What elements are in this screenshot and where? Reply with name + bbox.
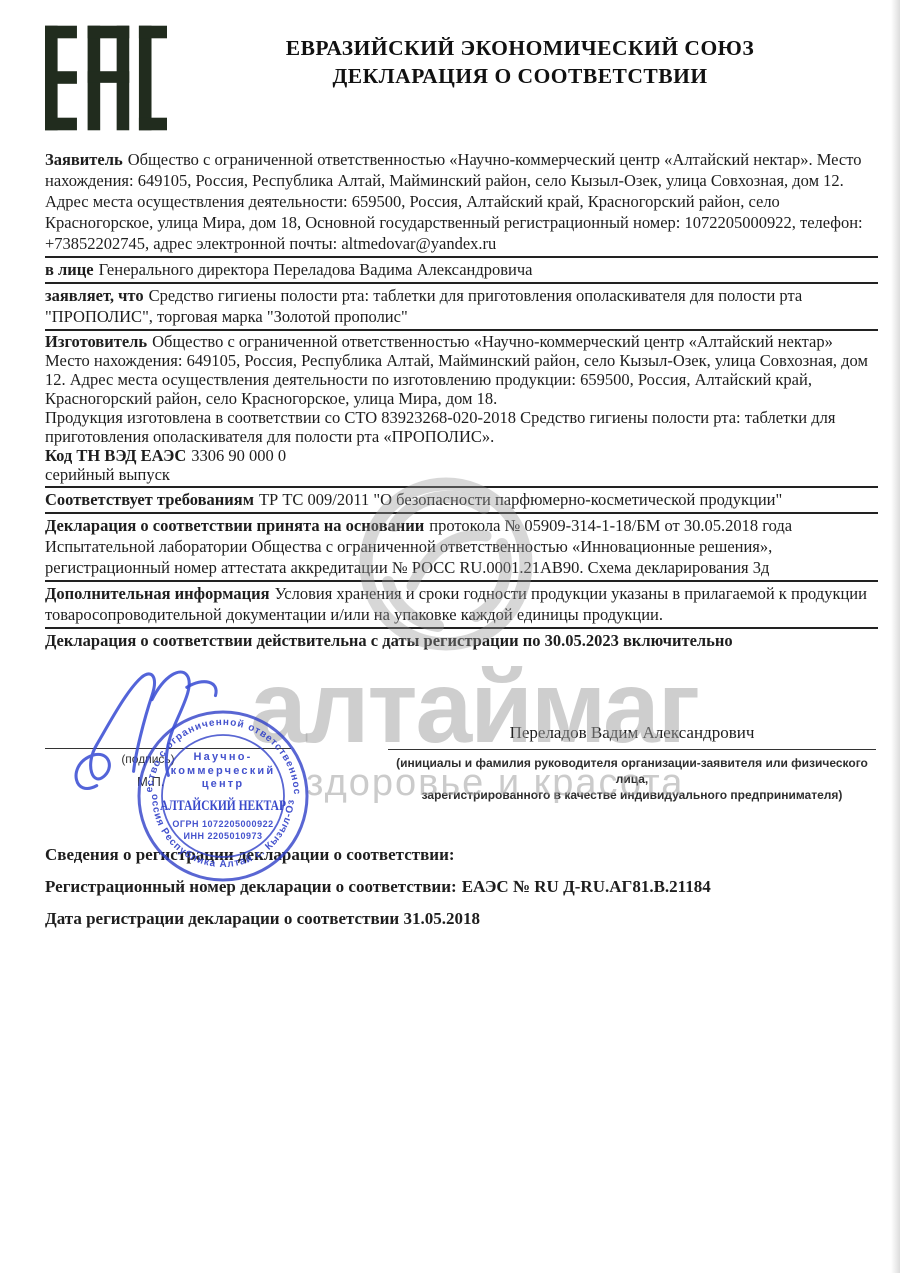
complies-label: Соответствует требованиям — [45, 490, 254, 509]
in-person-label: в лице — [45, 260, 94, 279]
applicant-label: Заявитель — [45, 150, 123, 169]
in-person-text: Генерального директора Переладова Вадима… — [99, 260, 533, 279]
eac-mark-icon — [45, 25, 167, 131]
manufacturer-label: Изготовитель — [45, 332, 147, 351]
section-in-person: в лицеГенерального директора Переладова … — [45, 259, 878, 280]
registration-date-line: Дата регистрации декларации о соответств… — [45, 909, 711, 929]
section-basis: Декларация о соответствии принята на осн… — [45, 515, 878, 578]
tnved-code-label: Код ТН ВЭД ЕАЭС — [45, 446, 186, 465]
signatory-name: Переладов Вадим Александрович — [388, 723, 876, 743]
manufacturer-address: Место нахождения: 649105, Россия, Респуб… — [45, 351, 878, 408]
section-manufacturer: ИзготовительОбщество с ограниченной отве… — [45, 332, 878, 484]
divider — [45, 329, 878, 331]
complies-text: ТР ТС 009/2011 "О безопасности парфюмерн… — [259, 490, 782, 509]
name-line — [388, 749, 876, 750]
manufacturer-name: Общество с ограниченной ответственностью… — [152, 332, 833, 351]
divider — [45, 486, 878, 488]
document-body: ЗаявительОбщество с ограниченной ответст… — [45, 149, 878, 651]
tnved-code-value: 3306 90 000 0 — [191, 446, 286, 465]
signature-note: (инициалы и фамилия руководителя организ… — [388, 755, 876, 803]
scan-edge-shadow — [891, 0, 900, 1273]
signature-note-line-1: (инициалы и фамилия руководителя организ… — [388, 755, 876, 787]
stamp-ogrn-text: ОГРН 1072205000922 — [172, 819, 273, 829]
section-validity: Декларация о соответствии действительна … — [45, 630, 878, 651]
section-additional: Дополнительная информацияУсловия хранени… — [45, 583, 878, 625]
applicant-text: Общество с ограниченной ответственностью… — [45, 150, 863, 253]
section-complies: Соответствует требованиямТР ТС 009/2011 … — [45, 489, 878, 510]
basis-label: Декларация о соответствии принята на осн… — [45, 516, 424, 535]
declares-label: заявляет, что — [45, 286, 144, 305]
divider — [45, 580, 878, 582]
divider — [45, 282, 878, 284]
divider — [45, 256, 878, 258]
additional-label: Дополнительная информация — [45, 584, 270, 603]
stamp-inn-text: ИНН 2205010973 — [183, 831, 262, 841]
declaration-document-page: ЕВРАЗИЙСКИЙ ЭКОНОМИЧЕСКИЙ СОЮЗ ДЕКЛАРАЦИ… — [0, 0, 900, 1273]
section-declares: заявляет, чтоСредство гигиены полости рт… — [45, 285, 878, 327]
serial-release: серийный выпуск — [45, 465, 878, 484]
document-title: ЕВРАЗИЙСКИЙ ЭКОНОМИЧЕСКИЙ СОЮЗ ДЕКЛАРАЦИ… — [200, 34, 840, 90]
handwritten-signature — [66, 664, 281, 809]
title-line-1: ЕВРАЗИЙСКИЙ ЭКОНОМИЧЕСКИЙ СОЮЗ — [200, 34, 840, 62]
section-applicant: ЗаявительОбщество с ограниченной ответст… — [45, 149, 878, 254]
declares-text: Средство гигиены полости рта: таблетки д… — [45, 286, 802, 326]
divider — [45, 627, 878, 629]
title-line-2: ДЕКЛАРАЦИЯ О СООТВЕТСТВИИ — [200, 62, 840, 90]
divider — [45, 512, 878, 514]
manufacturer-production: Продукция изготовлена в соответствии со … — [45, 408, 878, 446]
signature-note-line-2: зарегистрированного в качестве индивидуа… — [388, 787, 876, 803]
registration-number-value: ЕАЭС № RU Д-RU.АГ81.В.21184 — [462, 877, 711, 896]
